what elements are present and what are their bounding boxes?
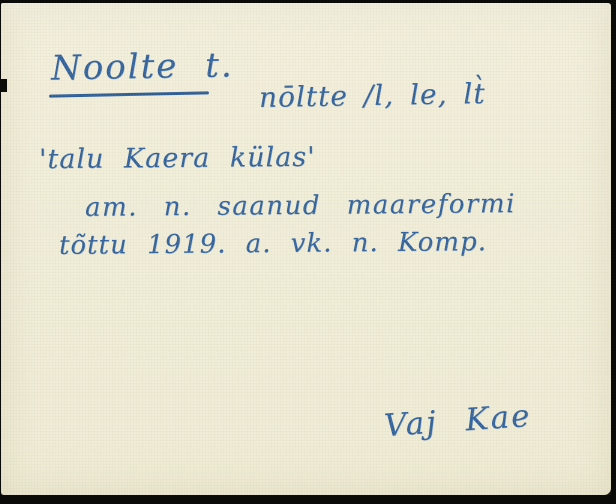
- title-underline: [49, 91, 209, 97]
- location-note-line: 'talu Kaera külas': [39, 142, 316, 175]
- history-note-line-1: am. n. saanud maareformi: [85, 189, 516, 223]
- scanned-card-image: Noolte t. nōltte /l, le, lt̀ 'talu Kaera…: [0, 0, 616, 504]
- index-card: Noolte t. nōltte /l, le, lt̀ 'talu Kaera…: [1, 3, 611, 495]
- collector-signature: Vaj Kae: [383, 398, 533, 444]
- history-note-line-2: tõttu 1919. a. vk. n. Komp.: [59, 227, 487, 261]
- scan-edge-notch: [0, 79, 7, 92]
- grammar-forms-line: nōltte /l, le, lt̀: [259, 77, 486, 114]
- card-title-handwritten: Noolte t.: [51, 45, 234, 88]
